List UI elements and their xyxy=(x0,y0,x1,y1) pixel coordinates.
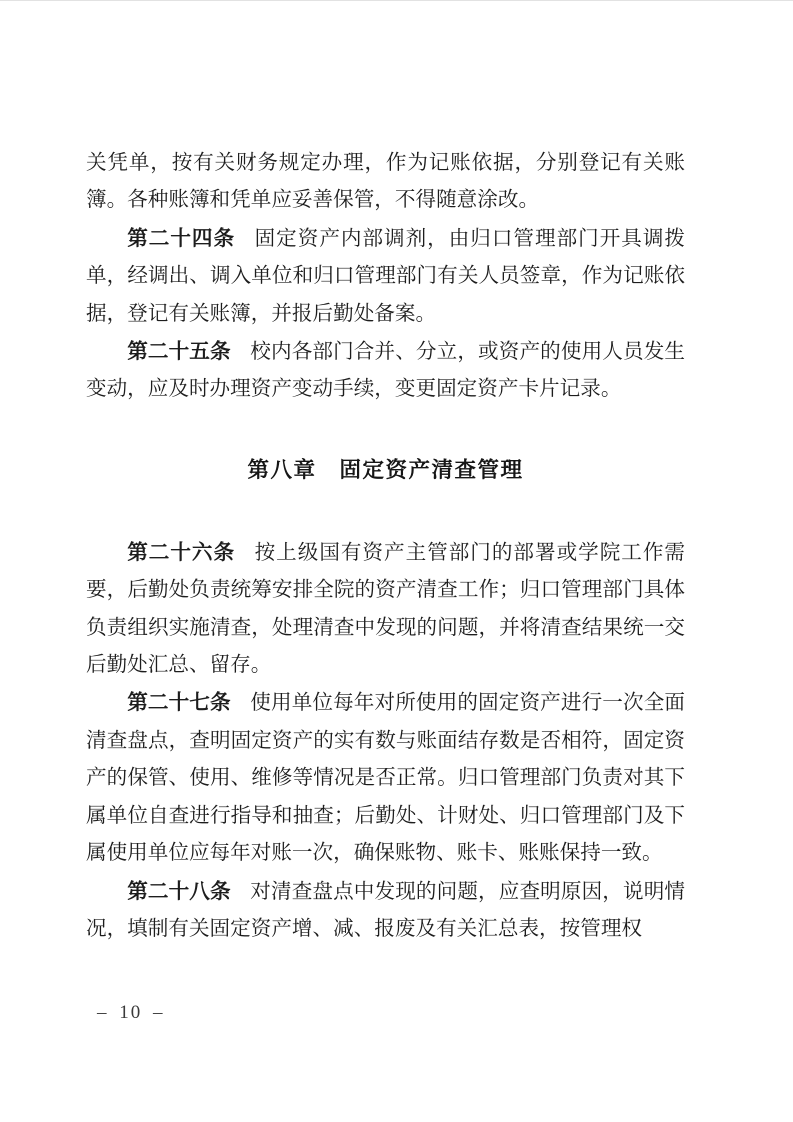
paragraph-text: 使用单位每年对所使用的固定资产进行一次全面清查盘点，查明固定资产的实有数与账面结… xyxy=(86,692,685,864)
chapter-heading: 第八章 固定资产清查管理 xyxy=(86,457,685,483)
paragraph: 第二十四条固定资产内部调剂，由归口管理部门开具调拨单，经调出、调入单位和归口管理… xyxy=(86,220,685,333)
article-number-label: 第二十五条 xyxy=(127,340,231,363)
document-page: 关凭单，按有关财务规定办理，作为记账依据，分别登记有关账簿。各种账簿和凭单应妥善… xyxy=(0,0,793,1122)
article-number-label: 第二十六条 xyxy=(127,541,235,564)
paragraph: 第二十五条校内各部门合并、分立，或资产的使用人员发生变动，应及时办理资产变动手续… xyxy=(86,333,685,409)
article-number-label: 第二十七条 xyxy=(127,691,231,714)
document-body: 关凭单，按有关财务规定办理，作为记账依据，分别登记有关账簿。各种账簿和凭单应妥善… xyxy=(86,145,685,948)
paragraph-text: 关凭单，按有关财务规定办理，作为记账依据，分别登记有关账簿。各种账簿和凭单应妥善… xyxy=(86,152,685,211)
paragraph: 第二十八条对清查盘点中发现的问题，应查明原因，说明情况，填制有关固定资产增、减、… xyxy=(86,873,685,949)
article-number-label: 第二十八条 xyxy=(127,880,231,903)
page-number: – 10 – xyxy=(97,1002,165,1024)
article-number-label: 第二十四条 xyxy=(127,227,235,250)
paragraph: 第二十六条按上级国有资产主管部门的部署或学院工作需要，后勤处负责统筹安排全院的资… xyxy=(86,534,685,685)
paragraph: 关凭单，按有关财务规定办理，作为记账依据，分别登记有关账簿。各种账簿和凭单应妥善… xyxy=(86,145,685,220)
paragraph: 第二十七条使用单位每年对所使用的固定资产进行一次全面清查盘点，查明固定资产的实有… xyxy=(86,684,685,872)
scan-edge-line xyxy=(0,0,793,1)
